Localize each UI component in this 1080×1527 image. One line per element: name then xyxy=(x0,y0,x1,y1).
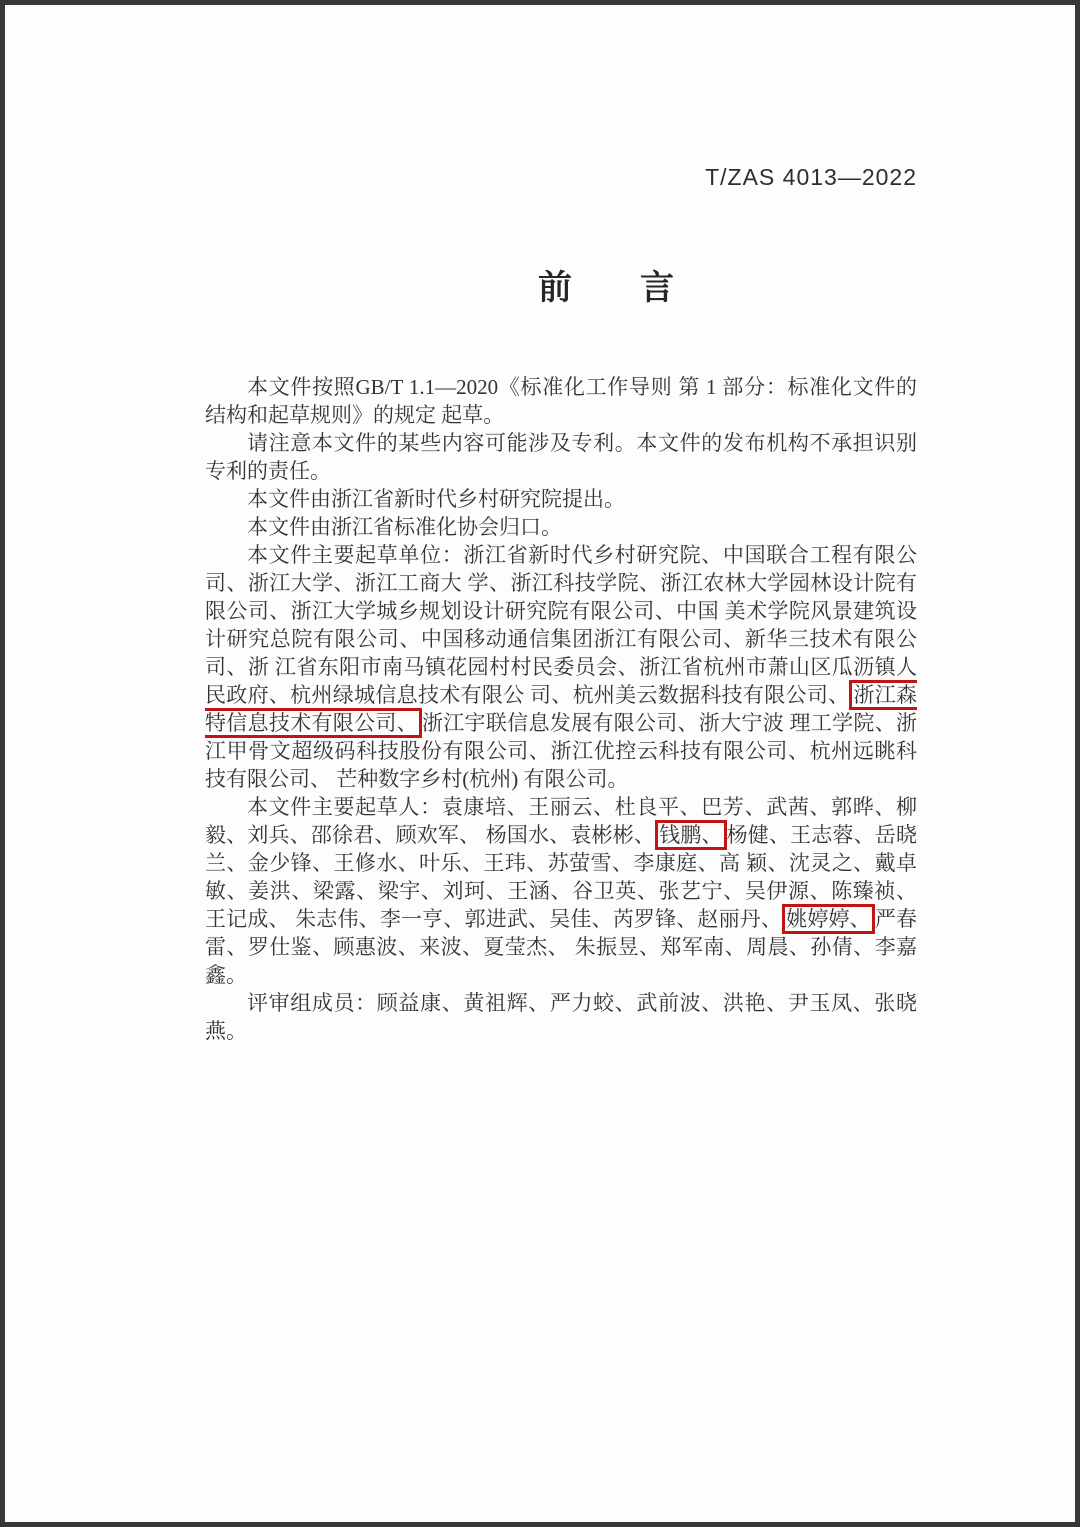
paragraph-standard-basis: 本文件按照GB/T 1.1—2020《标准化工作导则 第 1 部分：标准化文件的… xyxy=(205,373,917,429)
highlight-box-name-qianpeng: 钱鹏、 xyxy=(655,820,727,850)
highlight-box-name-yaotingting: 姚婷婷、 xyxy=(782,904,875,934)
doc-number: T/ZAS 4013—2022 xyxy=(205,163,917,191)
paragraph-proposed-by: 本文件由浙江省新时代乡村研究院提出。 xyxy=(205,485,917,513)
paragraph-patent-notice: 请注意本文件的某些内容可能涉及专利。本文件的发布机构不承担识别专利的责任。 xyxy=(205,429,917,485)
paragraph-centralized-by: 本文件由浙江省标准化协会归口。 xyxy=(205,513,917,541)
foreword-body: 本文件按照GB/T 1.1—2020《标准化工作导则 第 1 部分：标准化文件的… xyxy=(205,373,917,1045)
paragraph-review-members: 评审组成员：顾益康、黄祖辉、严力蛟、武前波、洪艳、尹玉凤、张晓燕。 xyxy=(205,989,917,1045)
page-title: 前 言 xyxy=(250,269,962,309)
paragraph-drafting-units: 本文件主要起草单位：浙江省新时代乡村研究院、中国联合工程有限公司、浙江大学、浙江… xyxy=(205,541,917,793)
drafting-units-segment: 本文件主要起草单位：浙江省新时代乡村研究院、中国联合工程有限公司、浙江大学、浙江… xyxy=(205,543,917,707)
paragraph-drafters: 本文件主要起草人：袁康培、王丽云、杜良平、巴芳、武茜、郭晔、柳毅、刘兵、邵徐君、… xyxy=(205,793,917,989)
page-content: T/ZAS 4013—2022 前 言 本文件按照GB/T 1.1—2020《标… xyxy=(205,5,917,1045)
document-page: T/ZAS 4013—2022 前 言 本文件按照GB/T 1.1—2020《标… xyxy=(0,0,1080,1527)
